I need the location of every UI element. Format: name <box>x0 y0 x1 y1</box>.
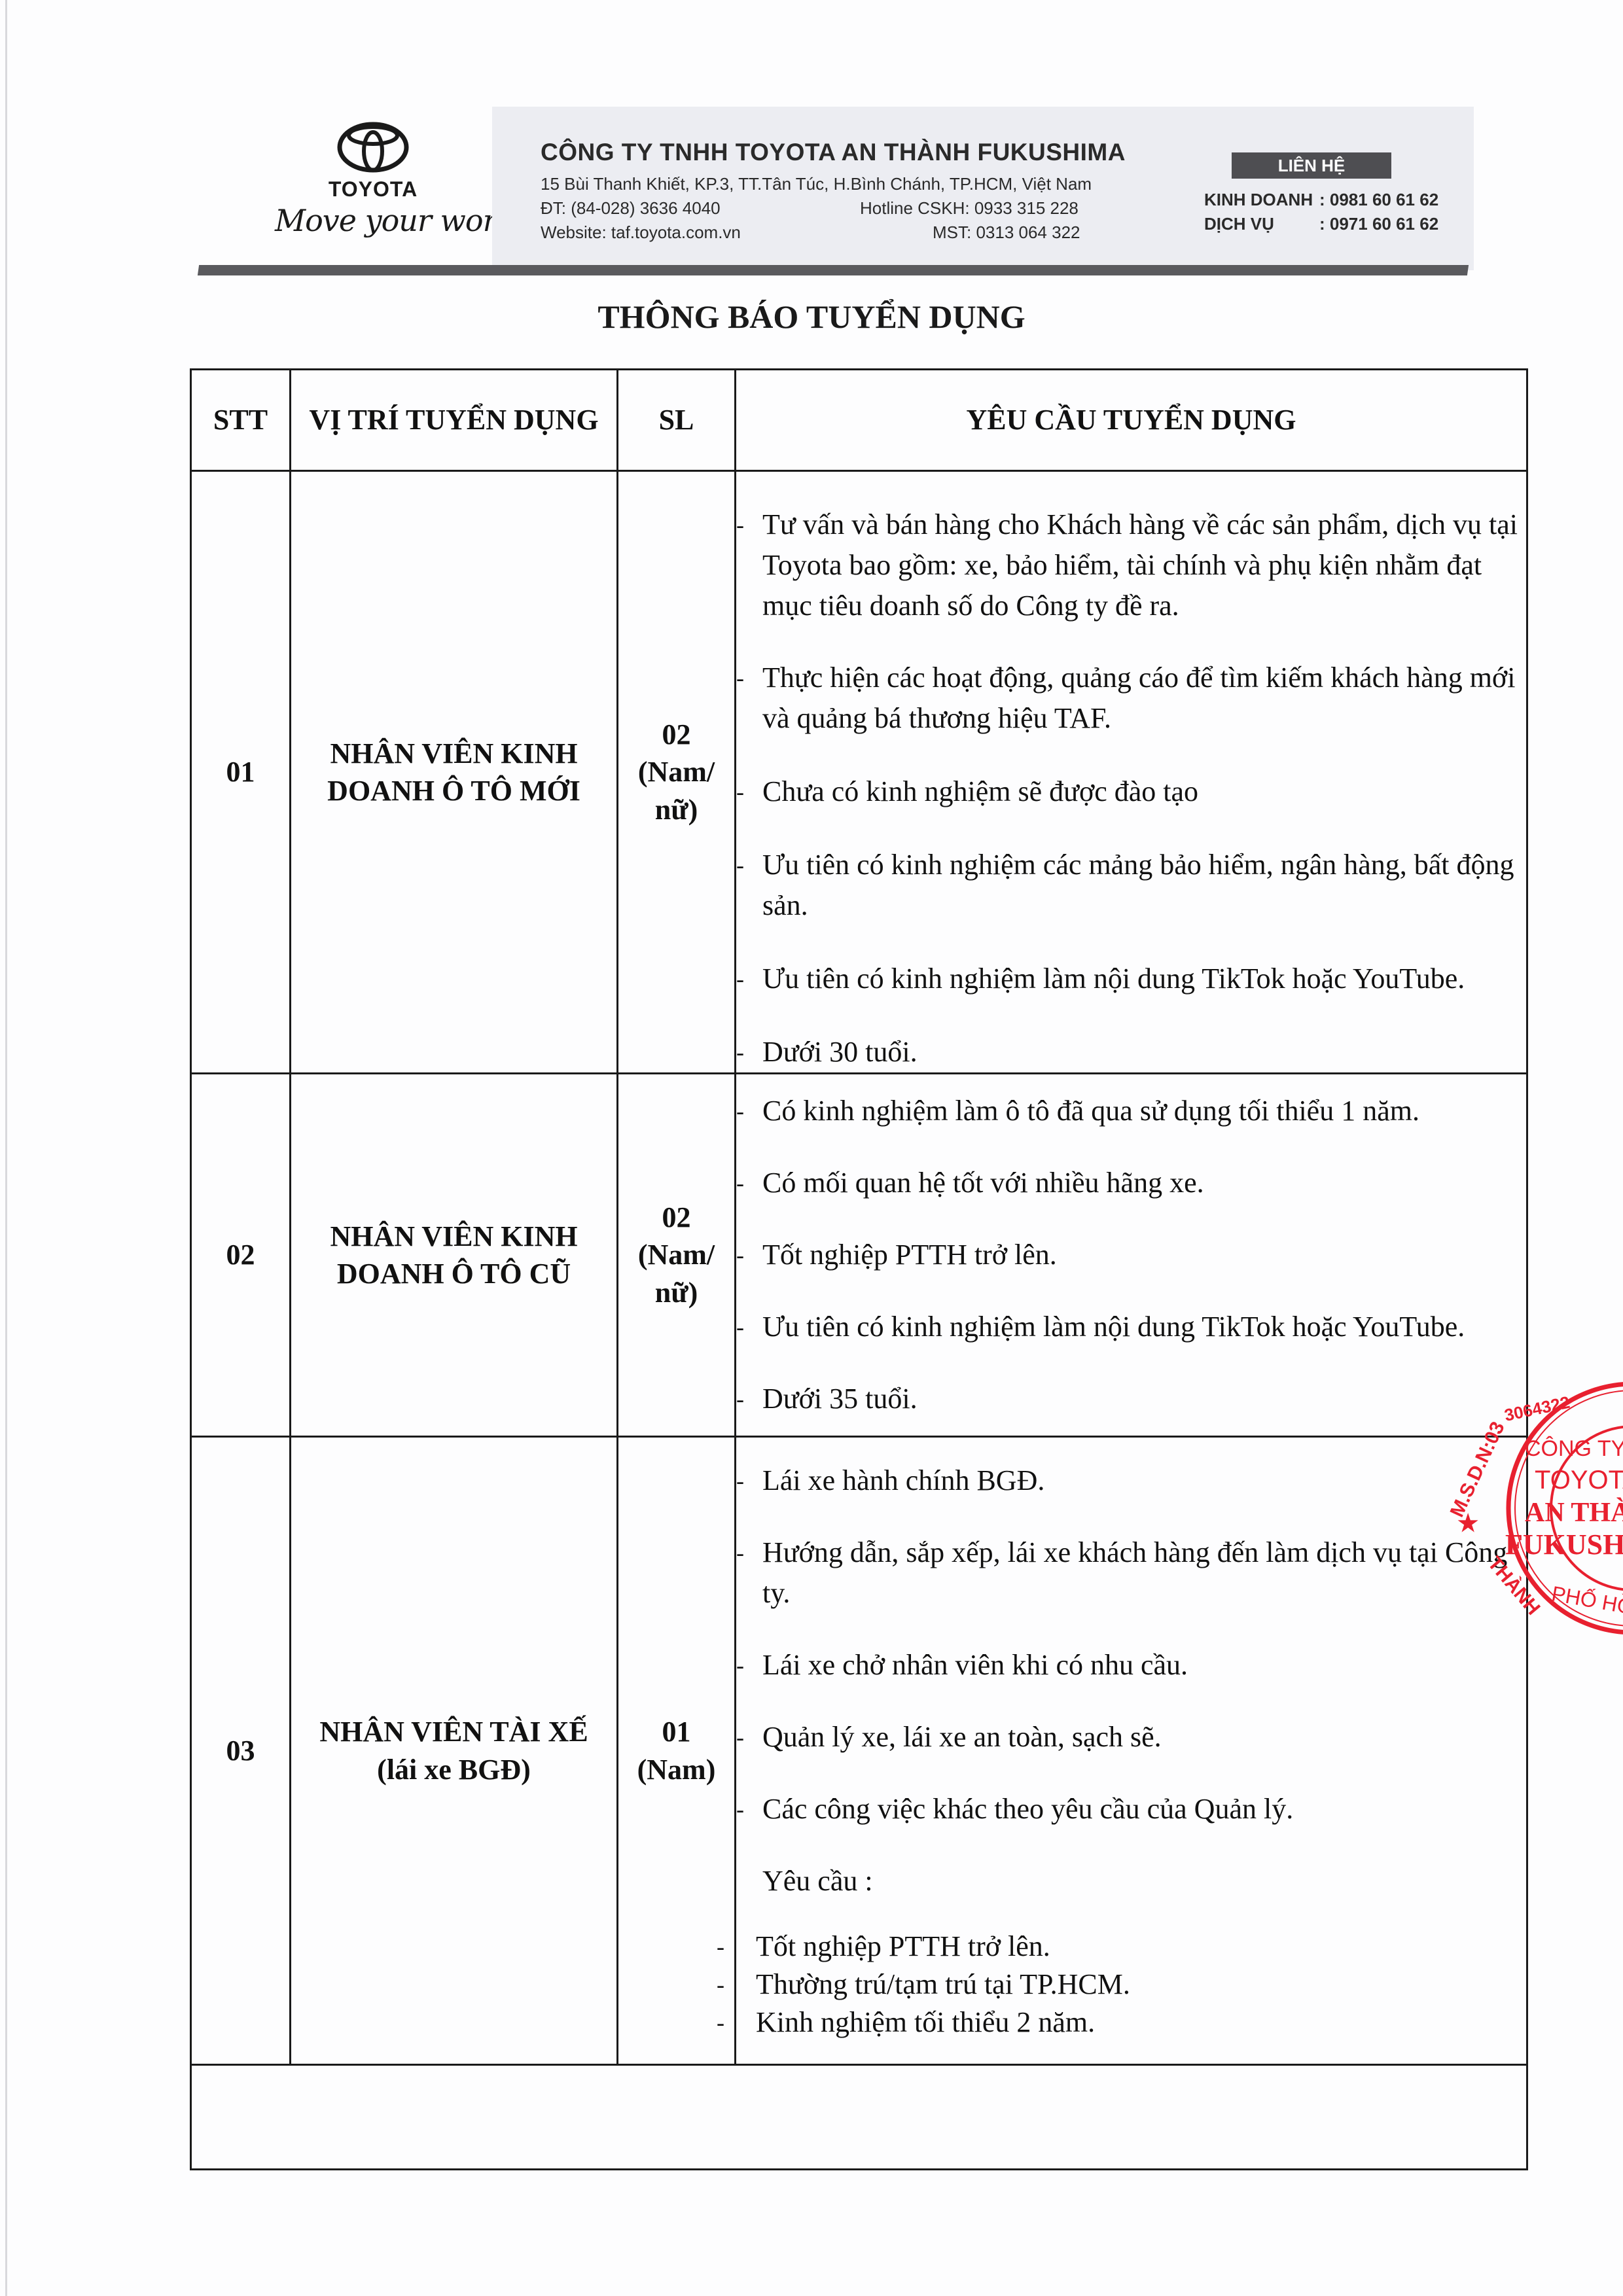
row-position: NHÂN VIÊN TÀI XẾ (lái xe BGĐ) <box>291 1437 618 2065</box>
contact-sales-value: : 0981 60 61 62 <box>1319 190 1438 209</box>
svg-text:AN THÀN: AN THÀN <box>1525 1497 1623 1528</box>
contact-service-value: : 0971 60 61 62 <box>1319 214 1438 234</box>
company-website[interactable]: Website: taf.toyota.com.vn <box>541 222 741 243</box>
position-subtitle: (lái xe BGĐ) <box>291 1751 616 1788</box>
position-title: NHÂN VIÊN TÀI XẾ <box>291 1713 616 1750</box>
svg-text:TOYOTA: TOYOTA <box>1535 1466 1623 1494</box>
row-requirements: Tư vấn và bán hàng cho Khách hàng về các… <box>736 471 1527 1074</box>
requirement-item: Tư vấn và bán hàng cho Khách hàng về các… <box>736 504 1526 626</box>
header-quantity: SL <box>618 370 736 471</box>
requirement-item: Dưới 30 tuổi. <box>736 1032 1526 1072</box>
header-stt: STT <box>191 370 291 471</box>
contact-badge: LIÊN HỆ <box>1232 152 1391 179</box>
sub-requirement-item: Kinh nghiệm tối thiểu 2 năm. <box>717 2004 1526 2041</box>
company-tax-code: MST: 0313 064 322 <box>933 222 1080 243</box>
requirement-item: Lái xe hành chính BGĐ. <box>736 1460 1526 1501</box>
quantity-value: 02 <box>618 1199 734 1236</box>
row-requirements: Lái xe hành chính BGĐ. Hướng dẫn, sắp xế… <box>736 1437 1527 2065</box>
recruitment-table: STT VỊ TRÍ TUYỂN DỤNG SL YÊU CẦU TUYỂN D… <box>190 368 1528 2170</box>
toyota-emblem-icon <box>337 121 409 173</box>
quantity-value: 01 <box>618 1713 734 1750</box>
requirement-item: Quản lý xe, lái xe an toàn, sạch sẽ. <box>736 1717 1526 1757</box>
document-title: THÔNG BÁO TUYỂN DỤNG <box>0 298 1623 336</box>
toyota-logo: TOYOTA Move your world <box>275 121 471 238</box>
table-row: 03 NHÂN VIÊN TÀI XẾ (lái xe BGĐ) 01 (Nam… <box>191 1437 1527 2065</box>
row-quantity: 02 (Nam/ nữ) <box>618 471 736 1074</box>
requirement-item: Chưa có kinh nghiệm sẽ được đào tạo <box>736 771 1526 812</box>
row-position: NHÂN VIÊN KINH DOANH Ô TÔ MỚI <box>291 471 618 1074</box>
page-edge <box>5 0 7 2296</box>
requirement-item: Tốt nghiệp PTTH trở lên. <box>736 1235 1526 1275</box>
requirement-item: Ưu tiên có kinh nghiệm làm nội dung TikT… <box>736 959 1526 999</box>
row-requirements: Có kinh nghiệm làm ô tô đã qua sử dụng t… <box>736 1074 1527 1437</box>
quantity-gender: (Nam/ nữ) <box>618 753 734 828</box>
requirement-item: Các công việc khác theo yêu cầu của Quản… <box>736 1789 1526 1829</box>
company-address: 15 Bùi Thanh Khiết, KP.3, TT.Tân Túc, H.… <box>541 174 1092 194</box>
brand-name: TOYOTA <box>275 177 471 202</box>
table-empty-row <box>191 2065 1527 2170</box>
row-quantity: 02 (Nam/ nữ) <box>618 1074 736 1437</box>
empty-cell <box>191 2065 1527 2170</box>
header-requirements: YÊU CẦU TUYỂN DỤNG <box>736 370 1527 471</box>
company-name: CÔNG TY TNHH TOYOTA AN THÀNH FUKUSHIMA <box>541 139 1126 166</box>
quantity-gender: (Nam) <box>618 1751 734 1788</box>
requirement-item: Hướng dẫn, sắp xếp, lái xe khách hàng đế… <box>736 1532 1526 1614</box>
contact-sales: KINH DOANH: 0981 60 61 62 <box>1204 190 1438 210</box>
requirement-item: Ưu tiên có kinh nghiệm làm nội dung TikT… <box>736 1307 1526 1347</box>
company-hotline: Hotline CSKH: 0933 315 228 <box>860 198 1079 219</box>
row-stt: 01 <box>191 471 291 1074</box>
row-position: NHÂN VIÊN KINH DOANH Ô TÔ CŨ <box>291 1074 618 1437</box>
contact-sales-label: KINH DOANH <box>1204 190 1319 210</box>
table-header-row: STT VỊ TRÍ TUYỂN DỤNG SL YÊU CẦU TUYỂN D… <box>191 370 1527 471</box>
requirement-item: Có kinh nghiệm làm ô tô đã qua sử dụng t… <box>736 1091 1526 1131</box>
row-stt: 03 <box>191 1437 291 2065</box>
requirement-item: Lái xe chở nhân viên khi có nhu cầu. <box>736 1645 1526 1686</box>
requirement-item: Có mối quan hệ tốt với nhiều hãng xe. <box>736 1163 1526 1203</box>
row-stt: 02 <box>191 1074 291 1437</box>
svg-text:PHỐ HỒ: PHỐ HỒ <box>1550 1581 1623 1619</box>
requirement-item: Dưới 35 tuổi. <box>736 1379 1526 1419</box>
header-divider <box>198 265 1469 275</box>
sub-requirement-item: Tốt nghiệp PTTH trở lên. <box>717 1928 1526 1966</box>
sub-heading: Yêu cầu : <box>736 1861 1526 1901</box>
requirement-item: Thực hiện các hoạt động, quảng cáo để tì… <box>736 658 1526 739</box>
company-phone: ĐT: (84-028) 3636 4040 <box>541 198 721 219</box>
sub-requirement-item: Thường trú/tạm trú tại TP.HCM. <box>717 1966 1526 2004</box>
contact-service: DỊCH VỤ: 0971 60 61 62 <box>1204 214 1438 234</box>
table-row: 01 NHÂN VIÊN KINH DOANH Ô TÔ MỚI 02 (Nam… <box>191 471 1527 1074</box>
table-row: 02 NHÂN VIÊN KINH DOANH Ô TÔ CŨ 02 (Nam/… <box>191 1074 1527 1437</box>
header-position: VỊ TRÍ TUYỂN DỤNG <box>291 370 618 471</box>
requirement-item: Ưu tiên có kinh nghiệm các mảng bảo hiểm… <box>736 845 1526 926</box>
contact-service-label: DỊCH VỤ <box>1204 214 1319 234</box>
svg-text:CÔNG TY TN: CÔNG TY TN <box>1525 1436 1623 1461</box>
brand-tagline: Move your world <box>275 203 471 238</box>
quantity-value: 02 <box>618 716 734 753</box>
quantity-gender: (Nam/ nữ) <box>618 1236 734 1311</box>
